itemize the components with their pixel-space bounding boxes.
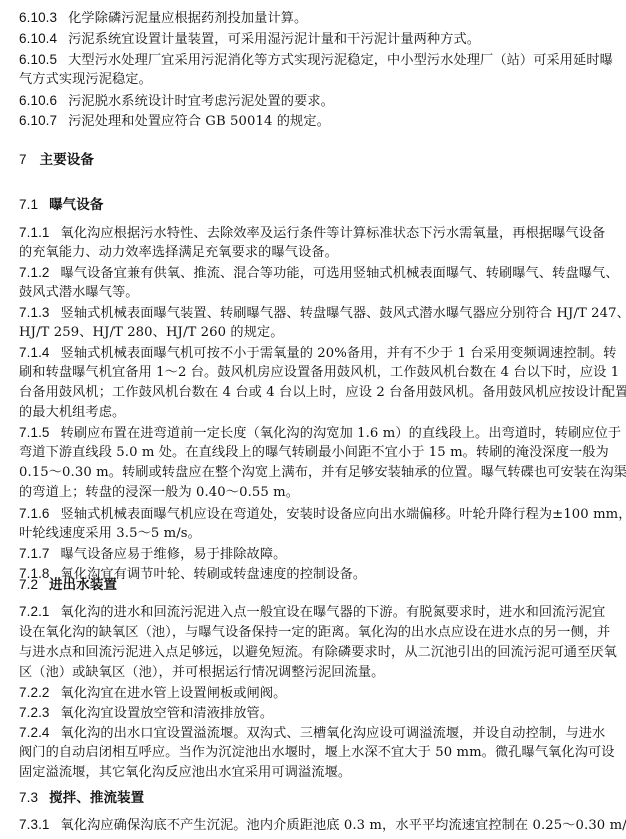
clause-7-1-5-cont: 的弯道上；转盘的浸深一般为 0.40～0.55 m。 xyxy=(19,485,299,501)
section-number: 7.1 xyxy=(19,197,38,212)
clause-number: 7.2.1 xyxy=(19,604,50,619)
clause-text: 氧化沟的进水和回流污泥进入点一般宜设在曝气器的下游。有脱氮要求时，进水和回流污泥… xyxy=(61,605,606,620)
clause-text: 竖轴式机械表面曝气机可按不小于需氧量的 20%备用，并有不少于 1 台采用变频调… xyxy=(61,346,617,361)
clause-7-1-5-cont: 弯道下游直线段 5.0 m 处。在直线段上的曝气转刷最小间距不宜小于 15 m。… xyxy=(19,445,609,461)
clause-text: 叶轮线速度采用 3.5～5 m/s。 xyxy=(19,526,201,541)
clause-7-1-5: 7.1.5转刷应布置在进弯道前一定长度（氧化沟的沟宽加 1.6 m）的直线段上。… xyxy=(19,425,621,442)
clause-text: 竖轴式机械表面曝气装置、转刷曝气器、转盘曝气器、鼓风式潜水曝气器应分别符合 HJ… xyxy=(61,306,626,321)
clause-text: 竖轴式机械表面曝气机应设在弯道处，安装时设备应向出水端偏移。叶轮升降行程为±10… xyxy=(61,507,626,522)
clause-text: 氧化沟宜设置放空管和清液排放管。 xyxy=(61,706,274,721)
clause-text: 鼓风式潜水曝气等。 xyxy=(19,285,139,300)
clause-number: 7.1.1 xyxy=(19,225,50,240)
clause-7-1-2: 7.1.2曝气设备宜兼有供氧、推流、混合等功能，可选用竖轴式机械表面曝气、转刷曝… xyxy=(19,265,619,282)
chapter-title: 主要设备 xyxy=(40,152,94,167)
clause-6-10-5-cont: 气方式实现污泥稳定。 xyxy=(19,72,152,88)
clause-6-10-4: 6.10.4污泥系统宜设置计量装置，可采用湿污泥计量和干污泥计量两种方式。 xyxy=(19,31,480,48)
section-heading-7-1: 7.1曝气设备 xyxy=(19,197,103,213)
clause-text: 台备用鼓风机；工作鼓风机台数在 4 台或 4 台以上时，应设 2 台备用鼓风机。… xyxy=(19,385,626,400)
clause-text: 曝气设备宜兼有供氧、推流、混合等功能，可选用竖轴式机械表面曝气、转刷曝气、转盘曝… xyxy=(61,266,619,281)
clause-6-10-6: 6.10.6污泥脱水系统设计时宜考虑污泥处置的要求。 xyxy=(19,93,334,110)
clause-number: 7.2.4 xyxy=(19,725,50,740)
clause-7-1-4-cont: 的最大机组考虑。 xyxy=(19,405,125,421)
clause-text: 污泥处理和处置应符合 GB 50014 的规定。 xyxy=(68,114,330,129)
clause-7-1-7: 7.1.7曝气设备应易于维修，易于排除故障。 xyxy=(19,546,286,563)
clause-7-1-4: 7.1.4竖轴式机械表面曝气机可按不小于需氧量的 20%备用，并有不少于 1 台… xyxy=(19,345,616,362)
clause-text: 阀门的自动启闭相互呼应。当作为沉淀池出水堰时，堰上水深不宜大于 50 mm。微孔… xyxy=(19,745,615,760)
clause-7-1-3-cont: HJ/T 259、HJ/T 280、HJ/T 260 的规定。 xyxy=(19,325,284,341)
clause-7-2-1: 7.2.1氧化沟的进水和回流污泥进入点一般宜设在曝气器的下游。有脱氮要求时，进水… xyxy=(19,604,605,621)
clause-text: 的充氧能力、动力效率选择满足充氧要求的曝气设备。 xyxy=(19,245,338,260)
clause-text: 区（池）或缺氧区（池），并可根据运行情况调整污泥回流量。 xyxy=(19,665,384,680)
clause-7-2-3: 7.2.3氧化沟宜设置放空管和清液排放管。 xyxy=(19,705,273,722)
clause-7-1-2-cont: 鼓风式潜水曝气等。 xyxy=(19,285,139,301)
clause-7-1-1: 7.1.1氧化沟应根据污水特性、去除效率及运行条件等计算标准状态下污水需氧量，再… xyxy=(19,225,605,242)
clause-number: 7.2.3 xyxy=(19,705,50,720)
clause-number: 7.1.7 xyxy=(19,546,50,561)
chapter-number: 7 xyxy=(19,152,27,167)
clause-7-1-6-cont: 叶轮线速度采用 3.5～5 m/s。 xyxy=(19,526,201,542)
clause-6-10-7: 6.10.7污泥处理和处置应符合 GB 50014 的规定。 xyxy=(19,113,330,130)
clause-number: 7.1.4 xyxy=(19,345,50,360)
clause-7-2-4-cont: 阀门的自动启闭相互呼应。当作为沉淀池出水堰时，堰上水深不宜大于 50 mm。微孔… xyxy=(19,745,615,761)
section-heading-7-2: 7.2进出水装置 xyxy=(19,577,117,593)
clause-number: 6.10.3 xyxy=(19,10,57,25)
clause-number: 6.10.5 xyxy=(19,52,57,67)
clause-7-1-6: 7.1.6竖轴式机械表面曝气机应设在弯道处，安装时设备应向出水端偏移。叶轮升降行… xyxy=(19,506,626,523)
clause-6-10-5: 6.10.5大型污水处理厂宜采用污泥消化等方式实现污泥稳定，中小型污水处理厂（站… xyxy=(19,52,613,69)
clause-7-1-4-cont: 台备用鼓风机；工作鼓风机台数在 4 台或 4 台以上时，应设 2 台备用鼓风机。… xyxy=(19,385,626,401)
clause-number: 7.1.3 xyxy=(19,305,50,320)
clause-text: 0.15～0.30 m。转刷或转盘应在整个沟宽上满布，并有足够安装轴承的位置。曝… xyxy=(19,465,626,480)
clause-text: 氧化沟宜在进水管上设置闸板或闸阀。 xyxy=(61,686,287,701)
clause-6-10-3: 6.10.3化学除磷污泥量应根据药剂投加量计算。 xyxy=(19,10,307,27)
clause-7-3-1: 7.3.1氧化沟应确保沟底不产生沉泥。池内介质距池底 0.3 m，水平平均流速宜… xyxy=(19,817,626,834)
clause-number: 7.2.2 xyxy=(19,685,50,700)
clause-7-2-1-cont: 区（池）或缺氧区（池），并可根据运行情况调整污泥回流量。 xyxy=(19,665,384,681)
section-title: 搅拌、推流装置 xyxy=(49,790,144,805)
section-title: 进出水装置 xyxy=(49,577,117,592)
clause-7-2-4-cont: 固定溢流堰，其它氧化沟反应池出水宜采用可调溢流堰。 xyxy=(19,765,351,781)
clause-text: 的最大机组考虑。 xyxy=(19,405,125,420)
clause-number: 7.1.6 xyxy=(19,506,50,521)
clause-text: 氧化沟应确保沟底不产生沉泥。池内介质距池底 0.3 m，水平平均流速宜控制在 0… xyxy=(61,818,626,833)
clause-number: 6.10.4 xyxy=(19,31,57,46)
clause-number: 6.10.6 xyxy=(19,93,57,108)
clause-number: 6.10.7 xyxy=(19,113,57,128)
clause-text: 化学除磷污泥量应根据药剂投加量计算。 xyxy=(68,11,307,26)
clause-text: 污泥脱水系统设计时宜考虑污泥处置的要求。 xyxy=(68,94,334,109)
clause-text: 大型污水处理厂宜采用污泥消化等方式实现污泥稳定，中小型污水处理厂（站）可采用延时… xyxy=(68,53,613,68)
clause-7-1-1-cont: 的充氧能力、动力效率选择满足充氧要求的曝气设备。 xyxy=(19,245,338,261)
clause-text: 转刷应布置在进弯道前一定长度（氧化沟的沟宽加 1.6 m）的直线段上。出弯道时，… xyxy=(61,426,622,441)
section-title: 曝气设备 xyxy=(49,197,103,212)
clause-text: 刷和转盘曝气机宜备用 1～2 台。鼓风机房应设置备用鼓风机，工作鼓风机台数在 4… xyxy=(19,365,619,380)
clause-text: 污泥系统宜设置计量装置，可采用湿污泥计量和干污泥计量两种方式。 xyxy=(68,32,480,47)
clause-7-2-2: 7.2.2氧化沟宜在进水管上设置闸板或闸阀。 xyxy=(19,685,286,702)
chapter-heading: 7主要设备 xyxy=(19,152,94,168)
clause-text: 的弯道上；转盘的浸深一般为 0.40～0.55 m。 xyxy=(19,485,299,500)
clause-number: 7.1.5 xyxy=(19,425,50,440)
clause-number: 7.3.1 xyxy=(19,817,50,832)
clause-text: 弯道下游直线段 5.0 m 处。在直线段上的曝气转刷最小间距不宜小于 15 m。… xyxy=(19,445,609,460)
section-number: 7.2 xyxy=(19,577,38,592)
clause-7-2-1-cont: 与进水点和回流污泥进入点足够远，以避免短流。有除磷要求时，从二沉池引出的回流污泥… xyxy=(19,645,617,661)
section-number: 7.3 xyxy=(19,790,38,805)
clause-text: 曝气设备应易于维修，易于排除故障。 xyxy=(61,547,287,562)
clause-7-1-3: 7.1.3竖轴式机械表面曝气装置、转刷曝气器、转盘曝气器、鼓风式潜水曝气器应分别… xyxy=(19,305,626,322)
clause-text: 设在氧化沟的缺氧区（池），与曝气设备保持一定的距离。氧化沟的出水点应设在进水点的… xyxy=(19,625,610,640)
clause-7-1-4-cont: 刷和转盘曝气机宜备用 1～2 台。鼓风机房应设置备用鼓风机，工作鼓风机台数在 4… xyxy=(19,365,619,381)
section-heading-7-3: 7.3搅拌、推流装置 xyxy=(19,790,144,806)
clause-7-2-4: 7.2.4氧化沟的出水口宜设置溢流堰。双沟式、三槽氧化沟应设可调溢流堰，并设自动… xyxy=(19,725,605,742)
clause-text: 气方式实现污泥稳定。 xyxy=(19,72,152,87)
clause-7-2-1-cont: 设在氧化沟的缺氧区（池），与曝气设备保持一定的距离。氧化沟的出水点应设在进水点的… xyxy=(19,625,610,641)
clause-text: 氧化沟的出水口宜设置溢流堰。双沟式、三槽氧化沟应设可调溢流堰，并设自动控制，与进… xyxy=(61,726,606,741)
clause-text: 氧化沟应根据污水特性、去除效率及运行条件等计算标准状态下污水需氧量，再根据曝气设… xyxy=(61,226,606,241)
clause-number: 7.1.2 xyxy=(19,265,50,280)
clause-text: HJ/T 259、HJ/T 280、HJ/T 260 的规定。 xyxy=(19,325,284,340)
clause-text: 固定溢流堰，其它氧化沟反应池出水宜采用可调溢流堰。 xyxy=(19,765,351,780)
clause-text: 与进水点和回流污泥进入点足够远，以避免短流。有除磷要求时，从二沉池引出的回流污泥… xyxy=(19,645,617,660)
clause-7-1-5-cont: 0.15～0.30 m。转刷或转盘应在整个沟宽上满布，并有足够安装轴承的位置。曝… xyxy=(19,465,626,481)
